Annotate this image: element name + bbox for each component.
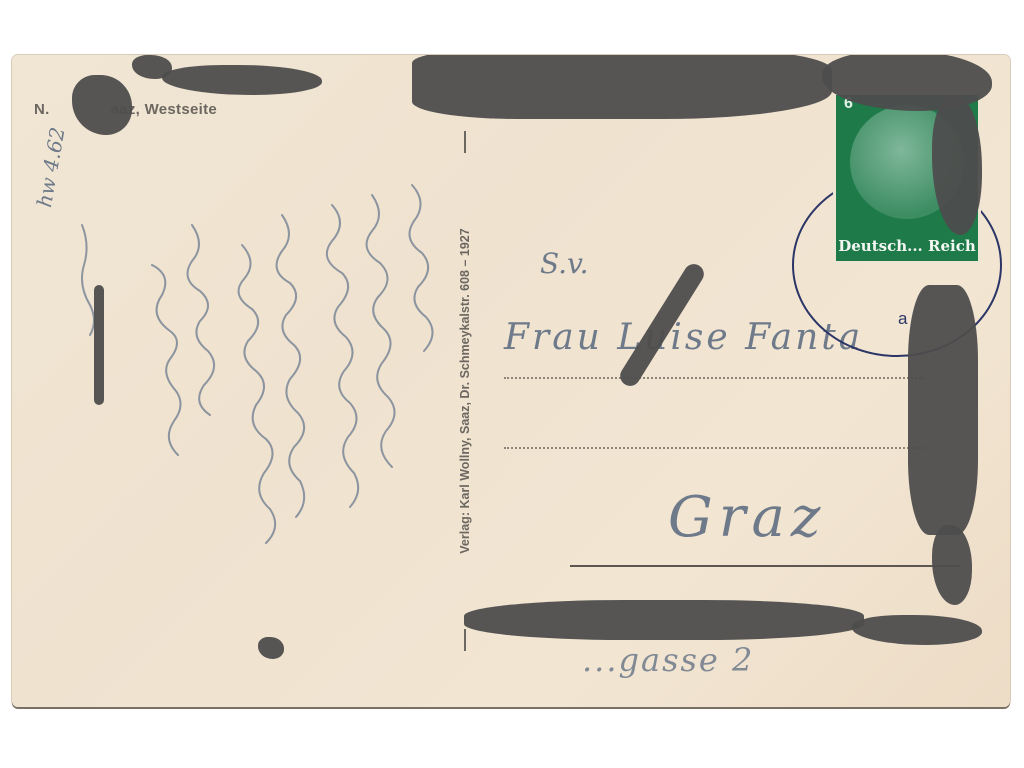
- address-line-2: [504, 447, 924, 449]
- postmark-letter: a: [898, 309, 907, 329]
- handwritten-message: [42, 145, 462, 665]
- stamp-country: Deutsch... Reich: [836, 237, 978, 255]
- ink-blot: [94, 285, 104, 405]
- ink-blot: [852, 615, 982, 645]
- ink-blot: [162, 65, 322, 95]
- address-recipient: Frau Luise Fanta: [504, 317, 863, 358]
- postcard: N. aaz, Westseite Verlag: Karl Wollny, S…: [12, 55, 1010, 707]
- address-salutation: S.v.: [540, 247, 588, 280]
- address-street: ...gasse 2: [582, 641, 754, 679]
- ink-blot: [908, 285, 978, 535]
- divider-top: [464, 131, 466, 153]
- address-line-3: [570, 565, 960, 567]
- address-line-1: [504, 377, 924, 379]
- ink-blot: [132, 55, 172, 79]
- ink-blot: [464, 600, 864, 640]
- divider-bottom: [464, 629, 466, 651]
- ink-blot: [412, 55, 832, 119]
- ink-blot: [258, 637, 284, 659]
- ink-blot: [72, 75, 132, 135]
- address-city: Graz: [668, 485, 826, 550]
- ink-blot: [932, 525, 972, 605]
- caption-prefix: N.: [34, 101, 50, 118]
